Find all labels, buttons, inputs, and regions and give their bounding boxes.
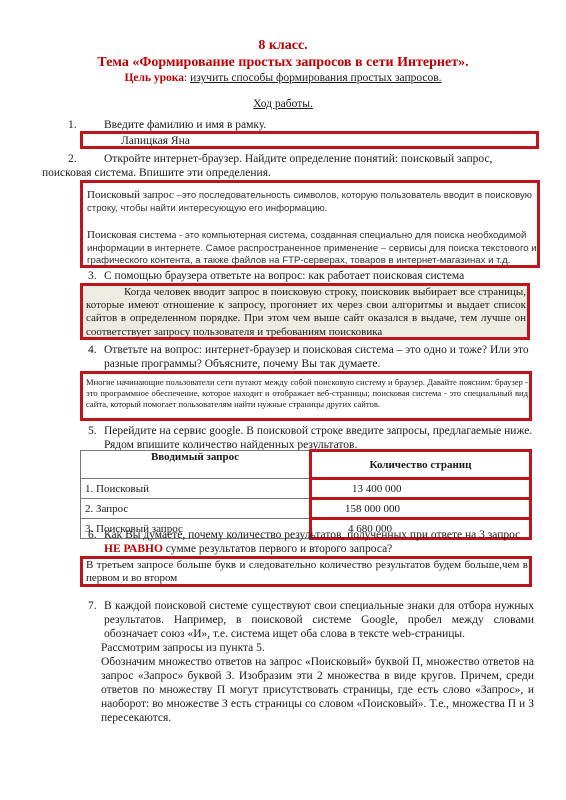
browser-vs-engine-answer-box[interactable]: Многие начинающие пользователи сети пута…	[80, 371, 532, 421]
task4-number: 4.	[88, 343, 97, 357]
query-cell: 1. Поисковый	[81, 479, 311, 499]
task6-text-after: сумме результатов первого и второго запр…	[163, 543, 392, 555]
table-header-row: Вводимый запрос Количество страниц	[81, 451, 531, 479]
count-cell-input[interactable]: 158 000 000	[311, 499, 531, 519]
task7-number: 7.	[88, 599, 97, 613]
definition-search-engine: Поисковая система - это компьютерная сис…	[87, 229, 537, 268]
grade-title: 8 класс.	[0, 38, 566, 54]
task7-p2: Рассмотрим запросы из пункта 5.	[101, 641, 265, 655]
not-equal-emphasis: НЕ РАВНО	[104, 543, 163, 555]
task6-text: Как Вы думаете, почему количество резуль…	[104, 528, 534, 556]
task5-number: 5.	[88, 424, 97, 438]
difference-answer-box[interactable]: В третьем запросе больше букв и следоват…	[80, 556, 532, 587]
task6-answer: В третьем запросе больше букв и следоват…	[86, 559, 528, 585]
task5-text: Перейдите на сервис google. В поисковой …	[104, 424, 534, 452]
results-table: Вводимый запрос Количество страниц 1. По…	[80, 449, 532, 540]
task4-answer: Многие начинающие пользователи сети пута…	[86, 377, 528, 410]
task1-number: 1.	[68, 118, 77, 132]
goal-label: Цель урока	[124, 72, 184, 84]
header-query: Вводимый запрос	[81, 451, 311, 479]
topic-title: Тема «Формирование простых запросов в се…	[0, 55, 566, 71]
task2-number: 2.	[68, 152, 77, 166]
definitions-answer-box[interactable]: Поисковый запрос –это последовательность…	[80, 180, 540, 268]
task7-text: В каждой поисковой системе существуют св…	[104, 599, 534, 641]
goal-text: изучить способы формирования простых зап…	[190, 72, 441, 84]
how-search-works-answer-box[interactable]: Когда человек вводит запрос в поисковую …	[80, 283, 530, 340]
count-cell-input[interactable]: 13 400 000	[311, 479, 531, 499]
task4-text: Ответьте на вопрос: интернет-браузер и п…	[104, 343, 534, 371]
table-row: 1. Поисковый 13 400 000	[81, 479, 531, 499]
task1-text: Введите фамилию и имя в рамку.	[104, 118, 266, 132]
progress-title: Ход работы.	[0, 97, 566, 111]
task2-text-line1: Откройте интернет-браузер. Найдите опред…	[104, 152, 534, 166]
name-answer: Лапицкая Яна	[121, 134, 190, 148]
task3-text: С помощью браузера ответьте на вопрос: к…	[104, 269, 464, 283]
task6-number: 6.	[88, 528, 97, 542]
def2-term: Поисковая система	[87, 229, 176, 241]
definition-search-query: Поисковый запрос –это последовательность…	[87, 189, 532, 215]
task6-text-before: Как Вы думаете, почему количество резуль…	[104, 529, 520, 541]
header-count: Количество страниц	[311, 451, 531, 479]
table-row: 2. Запрос 158 000 000	[81, 499, 531, 519]
def1-term: Поисковый запрос	[87, 189, 174, 201]
task3-answer: Когда человек вводит запрос в поисковую …	[86, 286, 526, 339]
query-cell: 2. Запрос	[81, 499, 311, 519]
task7-p3: Обозначим множество ответов на запрос «П…	[101, 655, 534, 725]
lesson-goal: Цель урока: изучить способы формирования…	[0, 71, 566, 85]
task3-number: 3.	[88, 269, 97, 283]
name-input-box[interactable]: Лапицкая Яна	[80, 131, 539, 149]
task2-text-line2: поисковая система. Впишите эти определен…	[42, 166, 271, 180]
